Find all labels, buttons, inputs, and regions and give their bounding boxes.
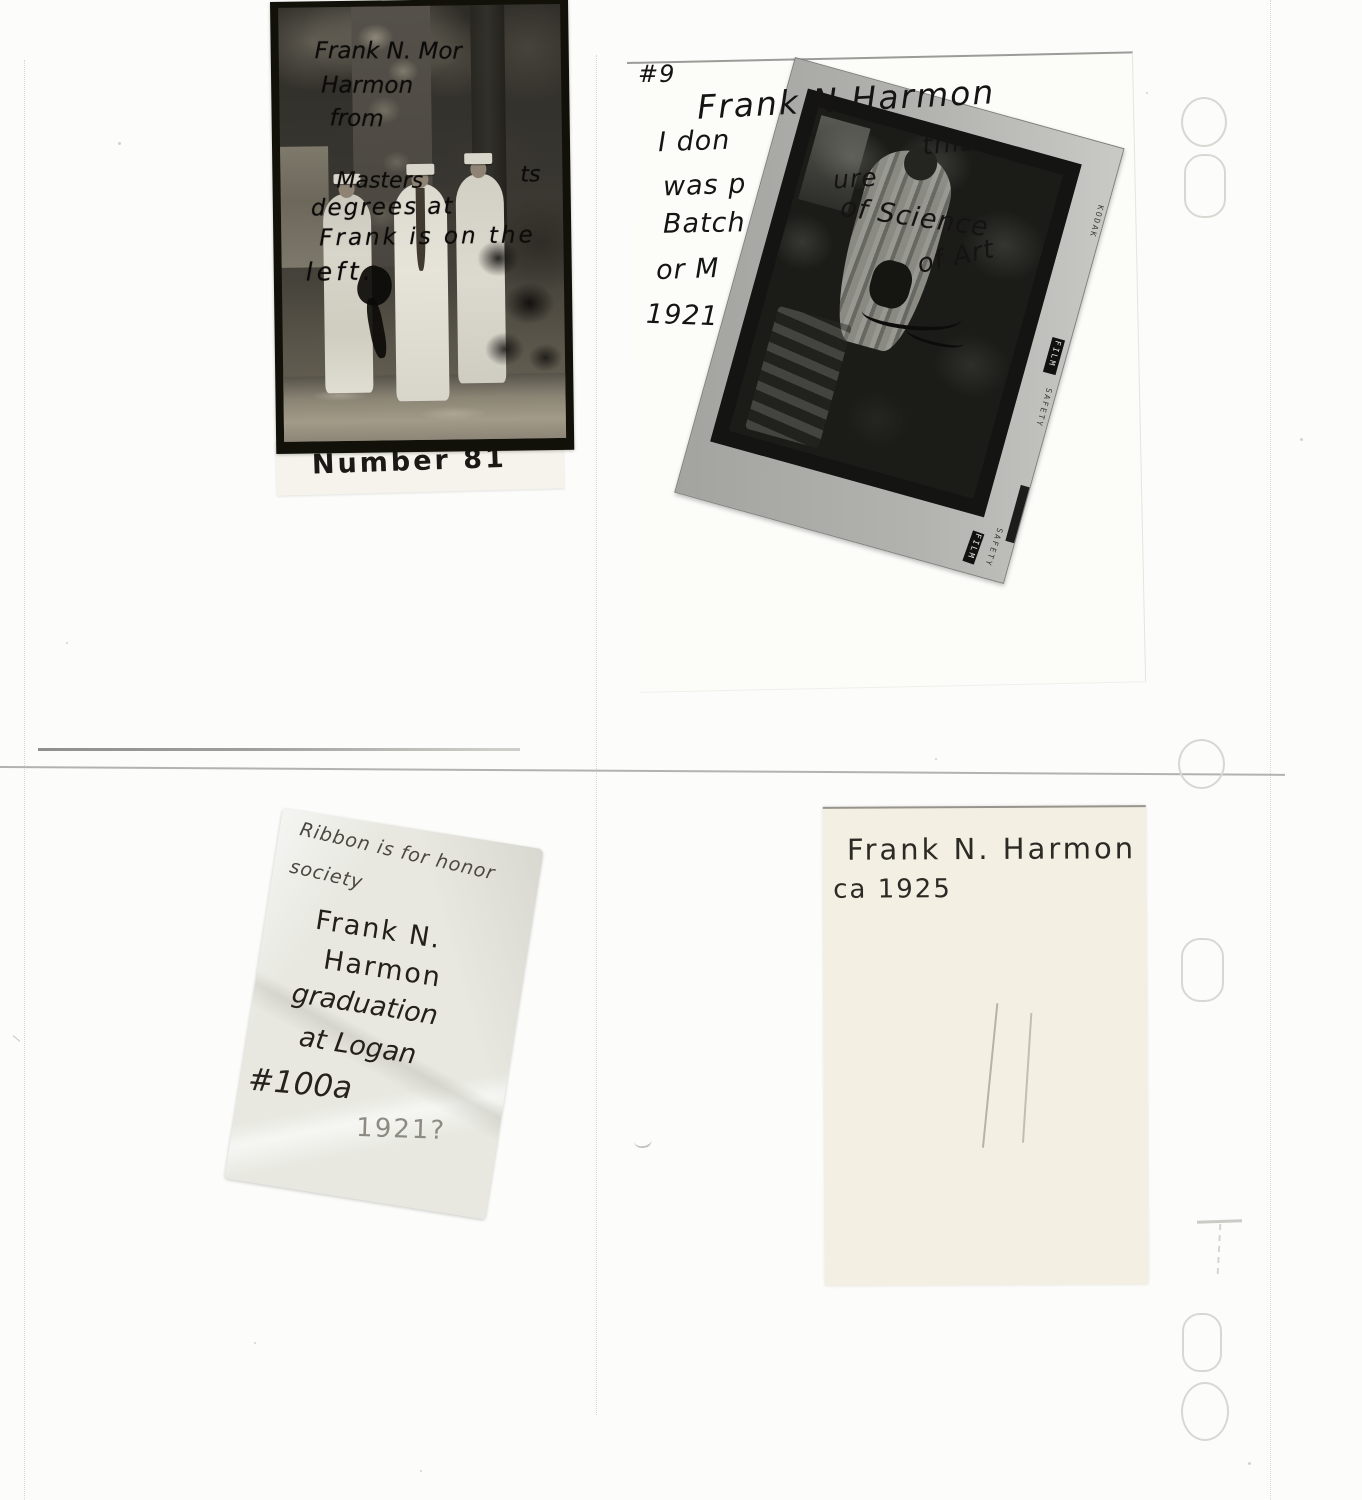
- pocket-divider-line: [0, 766, 1285, 776]
- pencil-mark: [1022, 1013, 1032, 1143]
- negative-trunks-light: [745, 305, 853, 448]
- binder-hole-slot-1: [1184, 154, 1226, 218]
- album-page-scan: Number 81 Frank N.: [0, 0, 1362, 1500]
- photo-overlay-line: Harmon: [321, 72, 413, 98]
- photo-image: Frank N. Mor Harmon from Masters ts degr…: [278, 4, 566, 442]
- memo-line: 1921?: [356, 1113, 447, 1146]
- note-fragment: I don: [657, 125, 730, 159]
- note-fragment: was p: [662, 169, 746, 203]
- label-card: Frank N. Harmon ca 1925: [823, 805, 1149, 1286]
- photo-overlay-line: left.: [306, 257, 375, 287]
- binder-hole-slot-2: [1181, 938, 1224, 1002]
- memo-line: #100a: [247, 1062, 354, 1107]
- paper-speck: [118, 142, 121, 145]
- pocket-seam-left: [24, 60, 25, 1500]
- scratch-mark: [13, 1035, 21, 1042]
- memo-line: at Logan: [297, 1022, 418, 1071]
- pocket-seam-right: [1270, 0, 1271, 1500]
- label-line: ca 1925: [833, 874, 952, 905]
- photo-overlay-line: ts: [520, 162, 540, 187]
- binder-hole-slot-3: [1182, 1313, 1222, 1372]
- film-edge-label-safety: SAFETY: [983, 527, 1005, 569]
- note-fragment: this: [921, 125, 977, 161]
- binder-tab-mark-stem: [1217, 1224, 1222, 1274]
- binder-hole-circle-3: [1181, 1382, 1229, 1441]
- film-edge-patch: FILM: [962, 530, 984, 564]
- paper-speck: [254, 1342, 256, 1344]
- photo-overlay-line: Frank is on the: [319, 222, 536, 251]
- paper-speck: [1300, 438, 1303, 441]
- photo-overlay-line: from: [329, 105, 384, 132]
- pencil-mark: [982, 1003, 998, 1147]
- note-fragment: #9: [638, 60, 675, 88]
- hook-mark: [633, 1135, 652, 1149]
- photo-overlay-line: Frank N. Mor: [315, 38, 462, 65]
- label-line: Frank N. Harmon: [847, 831, 1136, 867]
- photo-overlay-line: Masters: [336, 168, 423, 193]
- graduation-cap: [465, 153, 493, 164]
- binder-hole-circle-1: [1181, 97, 1227, 147]
- film-edge-patch: FILM: [1043, 337, 1065, 375]
- paper-speck: [420, 1470, 422, 1472]
- memo-card: Ribbon is for honor society Frank N. Har…: [224, 808, 543, 1220]
- note-fragment: or M: [655, 253, 720, 286]
- photo-overlay-line: degrees at: [311, 193, 455, 221]
- paper-speck: [1248, 1462, 1251, 1465]
- pocket-seam-center: [596, 55, 597, 1415]
- note-fragment: 1921: [645, 299, 719, 333]
- pocket-divider-short: [38, 748, 520, 751]
- paper-speck: [935, 758, 937, 760]
- photo-print: Frank N. Mor Harmon from Masters ts degr…: [270, 0, 574, 454]
- paper-speck: [1146, 92, 1148, 94]
- film-edge-label-film: FILM: [1047, 339, 1063, 368]
- film-edge-label-film: FILM: [966, 532, 984, 561]
- binder-hole-circle-2: [1178, 739, 1225, 789]
- note-fragment: Batch: [663, 207, 746, 239]
- paper-speck: [66, 642, 68, 644]
- note-fragment: ure: [832, 162, 878, 194]
- memo-line: society: [288, 856, 366, 894]
